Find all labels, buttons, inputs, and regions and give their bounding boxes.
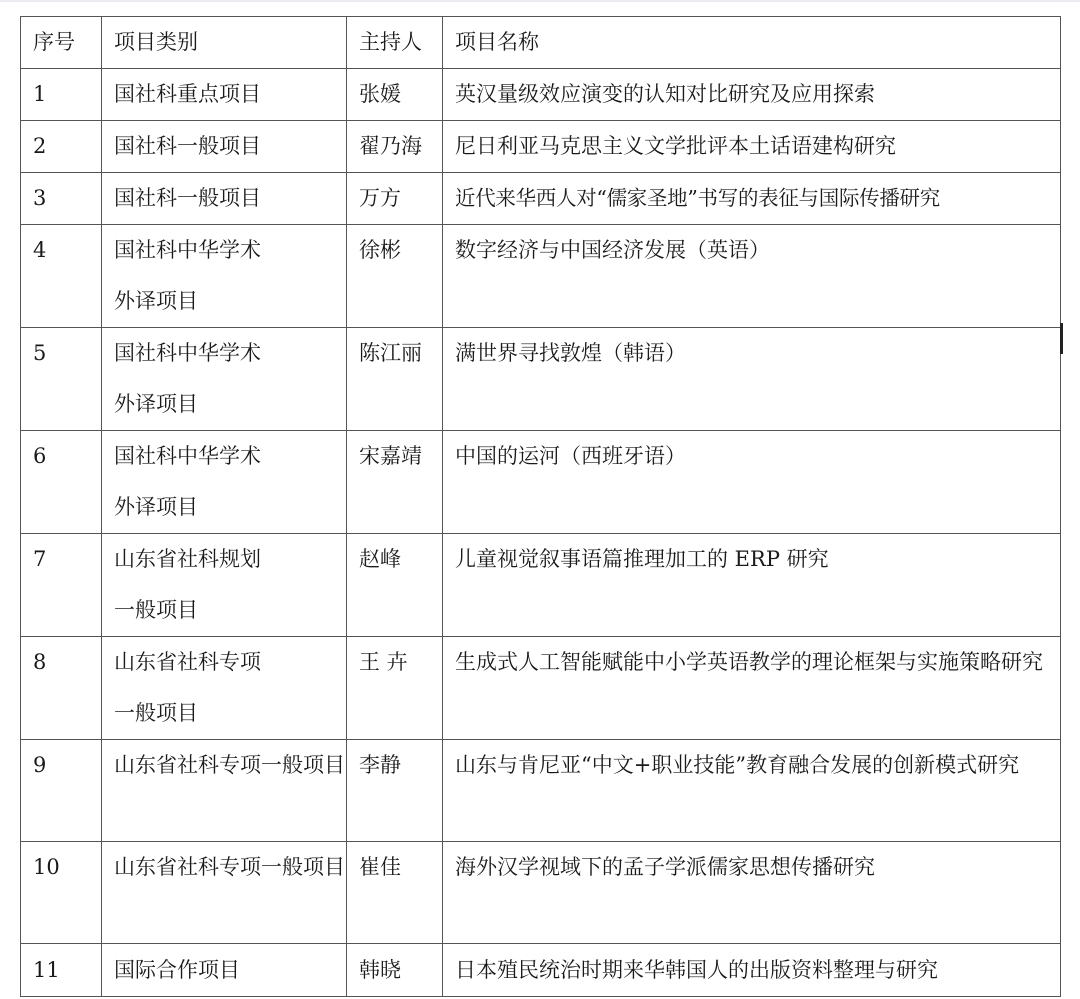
cell-category: 国际合作项目	[102, 944, 347, 997]
cell-name: 山东与肯尼亚“中文+职业技能”教育融合发展的创新模式研究	[443, 740, 1061, 842]
cell-no: 9	[21, 740, 102, 842]
header-name: 项目名称	[443, 17, 1061, 69]
cell-host: 韩晓	[347, 944, 443, 997]
cell-name: 生成式人工智能赋能中小学英语教学的理论框架与实施策略研究	[443, 637, 1061, 740]
cell-name: 尼日利亚马克思主义文学批评本土话语建构研究	[443, 121, 1061, 173]
table-row: 6 国社科中华学术外译项目 宋嘉靖 中国的运河（西班牙语）	[21, 431, 1061, 534]
table-row: 8 山东省社科专项一般项目 王 卉 生成式人工智能赋能中小学英语教学的理论框架与…	[21, 637, 1061, 740]
cell-category: 山东省社科规划一般项目	[102, 534, 347, 637]
cell-no: 11	[21, 944, 102, 997]
cell-host: 陈江丽	[347, 328, 443, 431]
cell-host: 赵峰	[347, 534, 443, 637]
cell-name: 海外汉学视域下的孟子学派儒家思想传播研究	[443, 842, 1061, 944]
cell-name: 数字经济与中国经济发展（英语）	[443, 225, 1061, 328]
table-row: 2 国社科一般项目 翟乃海 尼日利亚马克思主义文学批评本土话语建构研究	[21, 121, 1061, 173]
header-category: 项目类别	[102, 17, 347, 69]
cell-host: 徐彬	[347, 225, 443, 328]
cell-no: 6	[21, 431, 102, 534]
text-cursor-mark	[1060, 323, 1063, 354]
cell-host: 万方	[347, 173, 443, 225]
table-row: 1 国社科重点项目 张媛 英汉量级效应演变的认知对比研究及应用探索	[21, 69, 1061, 121]
cell-no: 4	[21, 225, 102, 328]
cell-host: 翟乃海	[347, 121, 443, 173]
cell-no: 1	[21, 69, 102, 121]
cell-host: 崔佳	[347, 842, 443, 944]
cell-category: 国社科重点项目	[102, 69, 347, 121]
cell-host: 李静	[347, 740, 443, 842]
table-row: 7 山东省社科规划一般项目 赵峰 儿童视觉叙事语篇推理加工的 ERP 研究	[21, 534, 1061, 637]
cell-name: 日本殖民统治时期来华韩国人的出版资料整理与研究	[443, 944, 1061, 997]
cell-host: 张媛	[347, 69, 443, 121]
cell-category: 山东省社科专项一般项目	[102, 842, 347, 944]
cell-no: 7	[21, 534, 102, 637]
cell-no: 3	[21, 173, 102, 225]
table-row: 10 山东省社科专项一般项目 崔佳 海外汉学视域下的孟子学派儒家思想传播研究	[21, 842, 1061, 944]
header-row: 序号 项目类别 主持人 项目名称	[21, 17, 1061, 69]
table-row: 4 国社科中华学术外译项目 徐彬 数字经济与中国经济发展（英语）	[21, 225, 1061, 328]
cell-category: 山东省社科专项一般项目	[102, 637, 347, 740]
cell-no: 2	[21, 121, 102, 173]
cell-no: 5	[21, 328, 102, 431]
cell-host: 宋嘉靖	[347, 431, 443, 534]
cell-category: 国社科中华学术外译项目	[102, 225, 347, 328]
header-no: 序号	[21, 17, 102, 69]
cell-category: 国社科一般项目	[102, 173, 347, 225]
cell-category: 国社科一般项目	[102, 121, 347, 173]
table-row: 5 国社科中华学术外译项目 陈江丽 满世界寻找敦煌（韩语）	[21, 328, 1061, 431]
cell-name: 儿童视觉叙事语篇推理加工的 ERP 研究	[443, 534, 1061, 637]
projects-table: 序号 项目类别 主持人 项目名称 1 国社科重点项目 张媛 英汉量级效应演变的认…	[20, 16, 1061, 997]
cell-category: 山东省社科专项一般项目	[102, 740, 347, 842]
cell-category: 国社科中华学术外译项目	[102, 328, 347, 431]
cell-name: 满世界寻找敦煌（韩语）	[443, 328, 1061, 431]
cell-no: 10	[21, 842, 102, 944]
cell-no: 8	[21, 637, 102, 740]
cell-name: 中国的运河（西班牙语）	[443, 431, 1061, 534]
header-host: 主持人	[347, 17, 443, 69]
table-row: 11 国际合作项目 韩晓 日本殖民统治时期来华韩国人的出版资料整理与研究	[21, 944, 1061, 997]
cell-host: 王 卉	[347, 637, 443, 740]
top-border-strip	[0, 0, 1080, 2]
cell-category: 国社科中华学术外译项目	[102, 431, 347, 534]
table-row: 3 国社科一般项目 万方 近代来华西人对“儒家圣地”书写的表征与国际传播研究	[21, 173, 1061, 225]
table-row: 9 山东省社科专项一般项目 李静 山东与肯尼亚“中文+职业技能”教育融合发展的创…	[21, 740, 1061, 842]
cell-name: 近代来华西人对“儒家圣地”书写的表征与国际传播研究	[443, 173, 1061, 225]
cell-name: 英汉量级效应演变的认知对比研究及应用探索	[443, 69, 1061, 121]
